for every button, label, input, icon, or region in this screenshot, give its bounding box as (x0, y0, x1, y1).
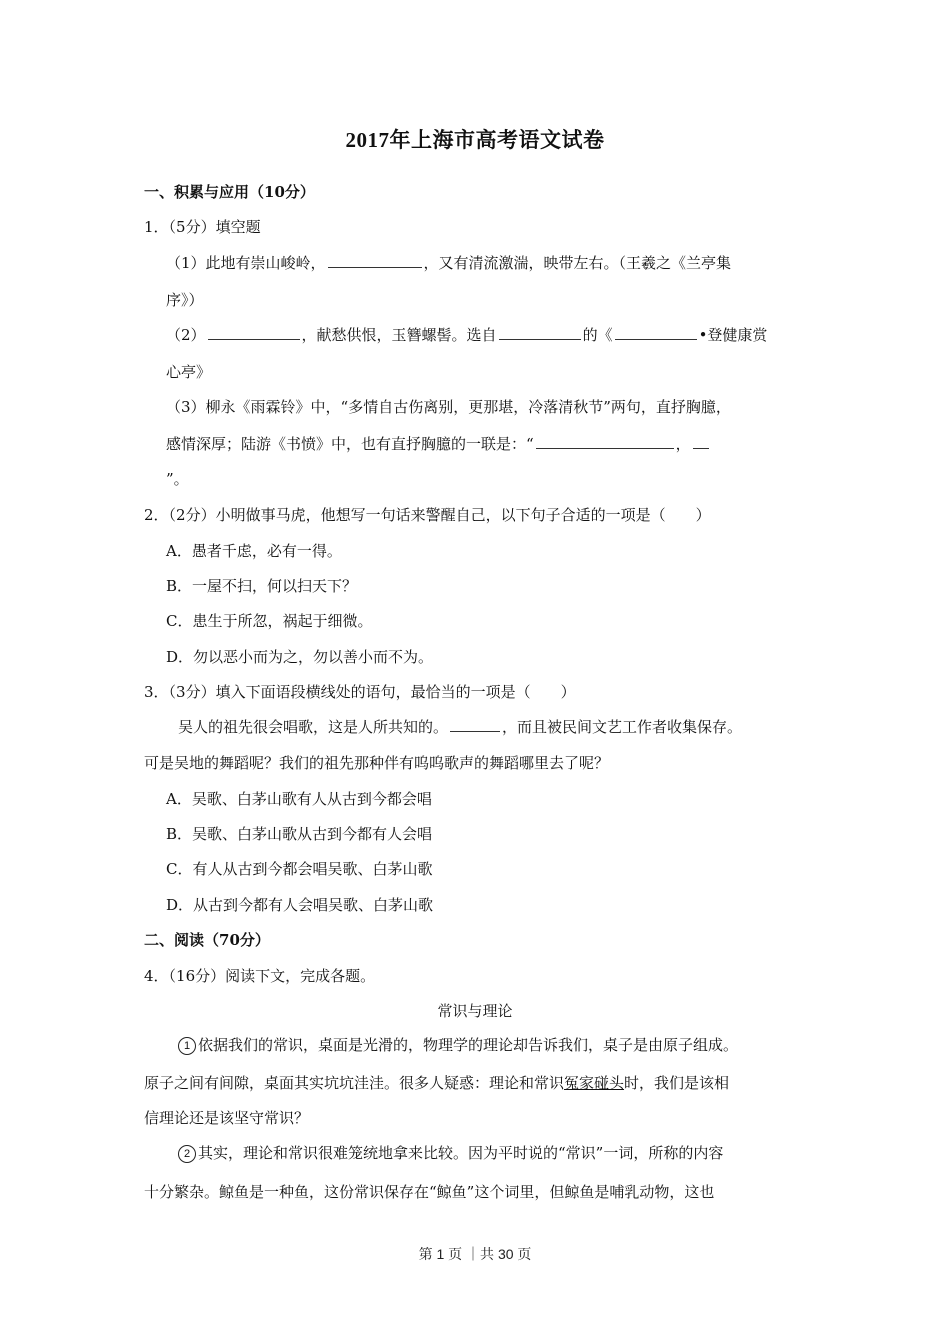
text: （1）此地有崇山峻岭， (166, 254, 326, 272)
text: 时，我们是该相 (624, 1074, 729, 1092)
question-1-part-3-cont: ”。 (166, 469, 189, 489)
question-2-option-b[interactable]: B．一屋不扫，何以扫天下？ (166, 576, 357, 596)
section-heading-2: 二、阅读（70分） (144, 930, 270, 950)
question-1-part-2-cont: 心亭》 (166, 362, 211, 382)
question-3-option-a[interactable]: A．吴歌、白茅山歌有人从古到今都会唱 (166, 789, 432, 809)
section-heading-1: 一、积累与应用（10分） (144, 182, 315, 202)
article-paragraph-2-line2: 十分繁杂。鲸鱼是一种鱼，这份常识保存在“鲸鱼”这个词里，但鲸鱼是哺乳动物，这也 (144, 1182, 714, 1202)
text: 吴人的祖先很会唱歌，这是人所共知的。 (178, 718, 448, 736)
question-3-passage-cont: 可是吴地的舞蹈呢？我们的祖先那种伴有呜呜歌声的舞蹈哪里去了呢？ (144, 753, 609, 773)
article-paragraph-1: 1依据我们的常识，桌面是光滑的，物理学的理论却告诉我们，桌子是由原子组成。 (178, 1035, 738, 1055)
question-1-part-1: （1）此地有崇山峻岭，，又有清流激湍，映带左右。（王羲之《兰亭集 (166, 253, 731, 273)
question-1-part-3: （3）柳永《雨霖铃》中，“多情自古伤离别，更那堪，冷落清秋节”两句，直抒胸臆， (166, 397, 731, 417)
underlined-phrase: 冤家碰头 (564, 1074, 624, 1092)
text: ，而且被民间文艺工作者收集保存。 (502, 718, 742, 736)
question-3-option-c[interactable]: C．有人从古到今都会唱吴歌、白茅山歌 (166, 859, 432, 879)
question-1-part-3-line2: 感情深厚；陆游《书愤》中，也有直抒胸臆的一联是：“， (166, 434, 711, 454)
question-2-option-a[interactable]: A．愚者千虑，必有一得。 (166, 541, 342, 561)
text: 依据我们的常识，桌面是光滑的，物理学的理论却告诉我们，桌子是由原子组成。 (198, 1036, 738, 1054)
text: （2） (166, 326, 206, 344)
paragraph-number-icon: 1 (178, 1037, 196, 1055)
question-2-option-d[interactable]: D．勿以恶小而为之，勿以善小而不为。 (166, 647, 433, 667)
article-paragraph-2: 2其实，理论和常识很难笼统地拿来比较。因为平时说的“常识”一词，所称的内容 (178, 1143, 723, 1163)
question-1-part-2: （2），献愁供恨，玉簪螺髻。选自的《•登健康赏 (166, 325, 767, 345)
article-paragraph-1-line3: 信理论还是该坚守常识？ (144, 1108, 309, 1128)
question-2-stem: 2．（2分）小明做事马虎，他想写一句话来警醒自己，以下句子合适的一项是（ ） (144, 505, 711, 525)
article-paragraph-1-line2: 原子之间有间隙，桌面其实坑坑洼洼。很多人疑惑：理论和常识冤家碰头时，我们是该相 (144, 1073, 729, 1093)
question-3-option-d[interactable]: D．从古到今都有人会唱吴歌、白茅山歌 (166, 895, 433, 915)
answer-blank[interactable] (615, 325, 697, 340)
text: ，献愁供恨，玉簪螺髻。选自 (302, 326, 497, 344)
answer-blank[interactable] (450, 717, 500, 732)
question-2-option-c[interactable]: C．患生于所忽，祸起于细微。 (166, 611, 372, 631)
question-3-stem: 3．（3分）填入下面语段横线处的语句，最恰当的一项是（ ） (144, 682, 576, 702)
exam-page: 2017年上海市高考语文试卷 一、积累与应用（10分） 1．（5分）填空题 （1… (0, 0, 950, 1344)
answer-blank[interactable] (499, 325, 581, 340)
paragraph-number-icon: 2 (178, 1145, 196, 1163)
question-4-stem: 4．（16分）阅读下文，完成各题。 (144, 966, 375, 986)
page-footer: 第 1 页 ｜共 30 页 (0, 1244, 950, 1264)
question-1-part-1-cont: 序》） (166, 290, 204, 310)
article-title: 常识与理论 (0, 1001, 950, 1021)
text: ，又有清流激湍，映带左右。（王羲之《兰亭集 (424, 254, 732, 272)
text: 的《 (583, 326, 613, 344)
text: 其实，理论和常识很难笼统地拿来比较。因为平时说的“常识”一词，所称的内容 (198, 1144, 723, 1162)
answer-blank[interactable] (536, 434, 674, 449)
document-title: 2017年上海市高考语文试卷 (0, 124, 950, 154)
question-1-stem: 1．（5分）填空题 (144, 217, 261, 237)
answer-blank[interactable] (328, 253, 422, 268)
answer-blank[interactable] (208, 325, 300, 340)
question-3-passage: 吴人的祖先很会唱歌，这是人所共知的。，而且被民间文艺工作者收集保存。 (178, 717, 742, 737)
text: ， (676, 435, 691, 453)
text: 感情深厚；陆游《书愤》中，也有直抒胸臆的一联是：“ (166, 435, 534, 453)
answer-blank[interactable] (693, 434, 709, 449)
question-3-option-b[interactable]: B．吴歌、白茅山歌从古到今都有人会唱 (166, 824, 432, 844)
text: •登健康赏 (699, 326, 768, 344)
text: 原子之间有间隙，桌面其实坑坑洼洼。很多人疑惑：理论和常识 (144, 1074, 564, 1092)
